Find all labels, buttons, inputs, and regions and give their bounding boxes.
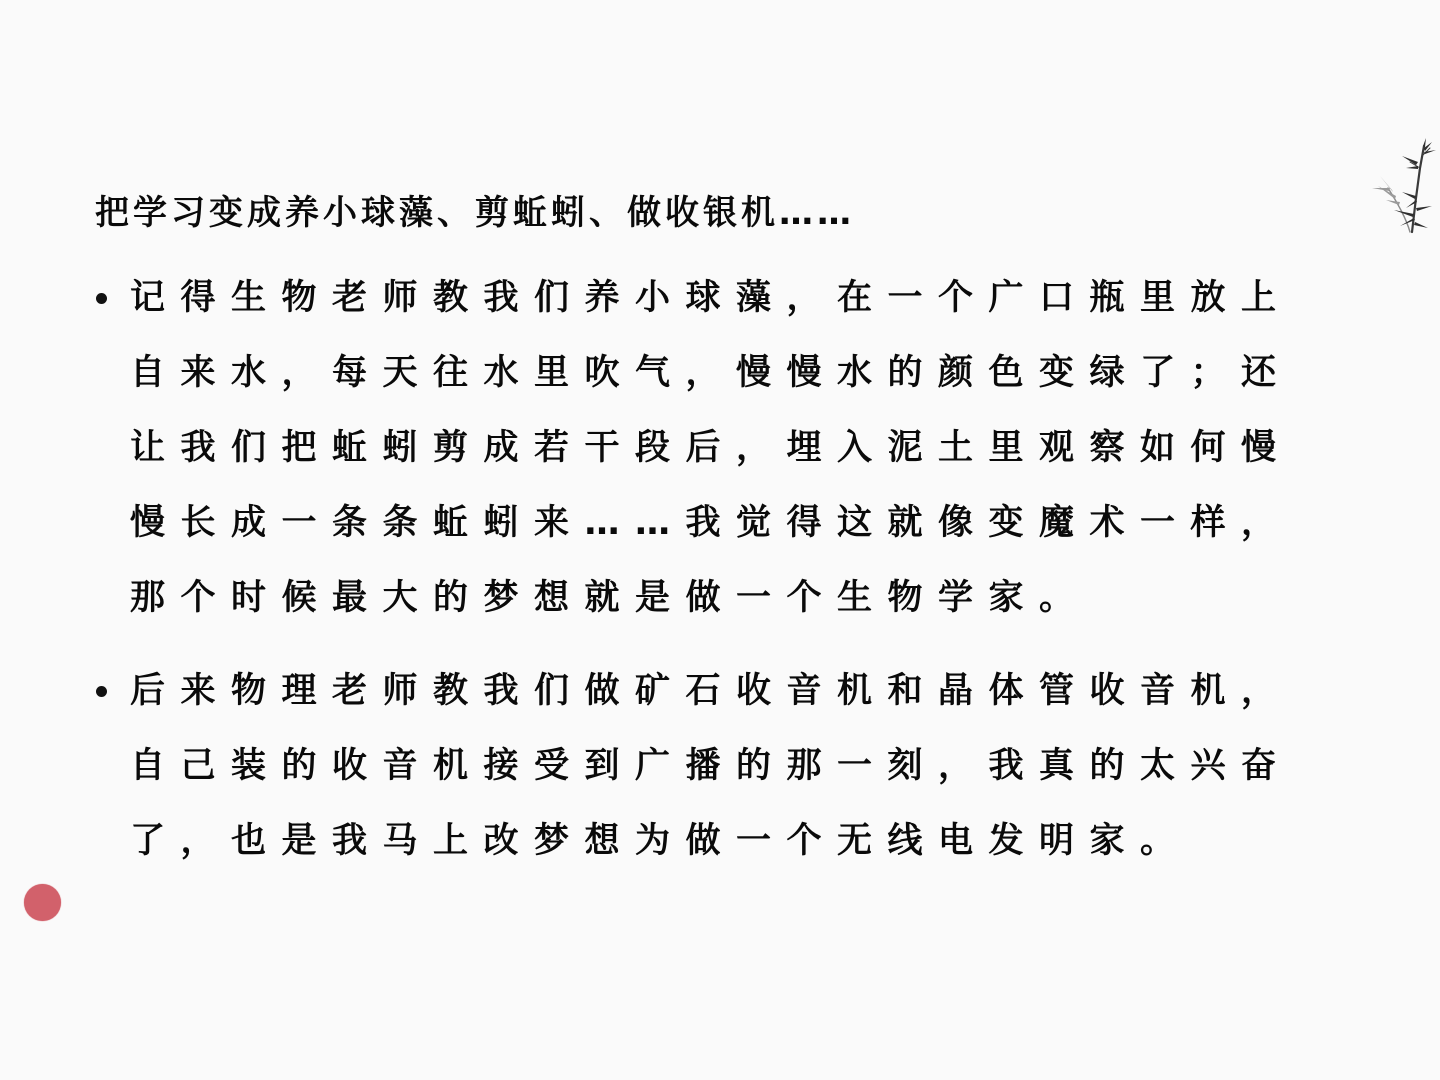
bamboo-icon	[1366, 138, 1440, 234]
bullet-line: 自来水，每天往水里吹气，慢慢水的颜色变绿了；还	[130, 348, 1292, 398]
bullet-line: 那个时候最大的梦想就是做一个生物学家。	[130, 573, 1090, 623]
bullet-line: 慢长成一条条蚯蚓来……我觉得这就像变魔术一样，	[130, 498, 1292, 548]
bullet-line: 让我们把蚯蚓剪成若干段后，埋入泥土里观察如何慢	[130, 423, 1292, 473]
bullet-line: 后来物理老师教我们做矿石收音机和晶体管收音机，	[130, 666, 1292, 716]
red-circle-icon	[24, 884, 61, 921]
bullet-line: 了，也是我马上改梦想为做一个无线电发明家。	[130, 816, 1191, 866]
bullet-dot-icon	[96, 686, 107, 697]
slide: 把学习变成养小球藻、剪蚯蚓、做收银机…… 记得生物老师教我们养小球藻，在一个广口…	[0, 0, 1440, 1080]
bullet-line: 自己装的收音机接受到广播的那一刻，我真的太兴奋	[130, 741, 1292, 791]
slide-title: 把学习变成养小球藻、剪蚯蚓、做收银机……	[95, 190, 855, 236]
bullet-line: 记得生物老师教我们养小球藻，在一个广口瓶里放上	[130, 273, 1292, 323]
bullet-dot-icon	[96, 293, 107, 304]
